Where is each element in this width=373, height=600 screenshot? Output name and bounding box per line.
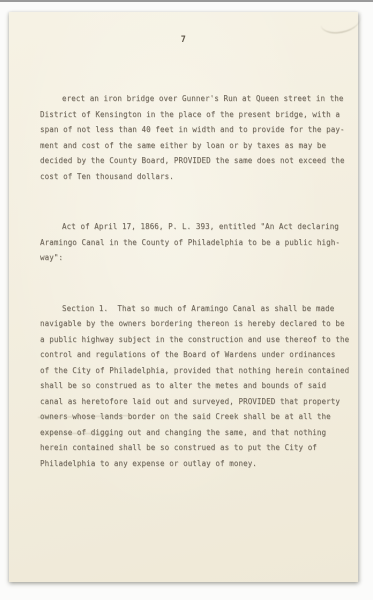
paragraph-act-citation: Act of April 17, 1866, P. L. 393, entitl… [40,219,350,266]
paragraph-section-1: Section 1. That so much of Aramingo Cana… [40,301,350,472]
crease-mark [321,17,362,35]
document-photo: 7 erect an iron bridge over Gunner's Run… [0,0,373,600]
page-number: 7 [9,35,358,45]
paragraph-bridge-act: erect an iron bridge over Gunner's Run a… [40,91,350,184]
paper-page: 7 erect an iron bridge over Gunner's Run… [9,12,358,582]
typed-text-block: erect an iron bridge over Gunner's Run a… [40,60,350,506]
